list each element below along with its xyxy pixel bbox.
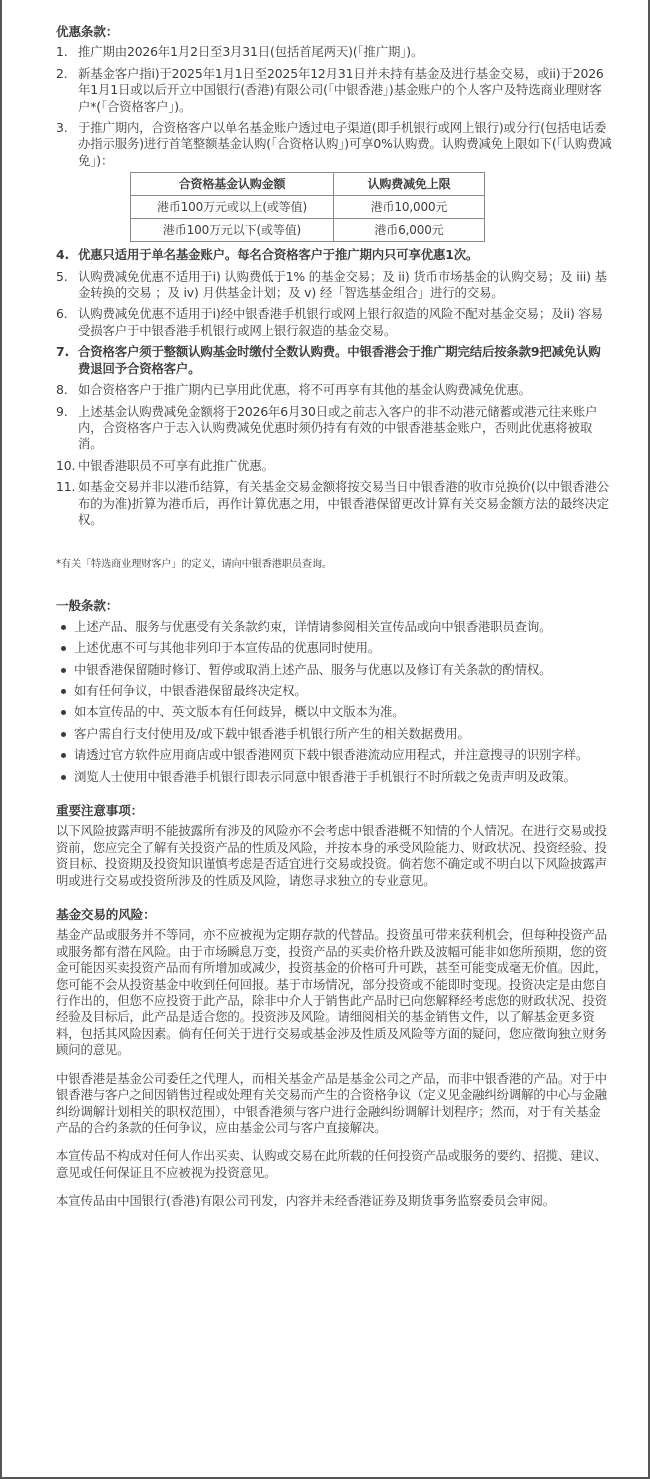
footnote: *有关「特选商业理财客户」的定义，请向中银香港职员查询。 <box>56 558 612 572</box>
list-item-text: 浏览人士使用中银香港手机银行即表示同意中银香港于手机银行不时所载之免责声明及政策… <box>74 769 576 784</box>
term-number: 7. <box>56 344 69 360</box>
list-item: 如有任何争议，中银香港保留最终决定权。 <box>56 683 612 699</box>
list-item: 上述产品、服务与优惠受有关条款约束，详情请参阅相关宣传品或向中银香港职员查询。 <box>56 619 612 635</box>
term-number: 9. <box>56 404 68 420</box>
offer-terms-list: 1.推广期由2026年1月2日至3月31日(包括首尾两天)(「推广期」)。 2.… <box>56 44 612 528</box>
term-item-5: 5.认购费减免优惠不适用于i) 认购费低于1% 的基金交易；及 ii) 货币市场… <box>56 269 612 302</box>
table-header-row: 合资格基金认购金额 认购费减免上限 <box>131 173 485 196</box>
fund-risks-section: 基金交易的风险： 基金产品或服务并不等同，亦不应被视为定期存款的代替品。投资虽可… <box>56 907 612 1210</box>
term-item-7: 7.合资格客户须于整额认购基金时缴付全数认购费。中银香港会于推广期完结后按条款9… <box>56 344 612 377</box>
issuer-paragraph: 本宣传品由中国银行(香港)有限公司刊发，内容并未经香港证券及期货事务监察委员会审… <box>56 1193 612 1209</box>
list-item-text: 客户需自行支付使用及/或下载中银香港手机银行所产生的相关数据费用。 <box>74 726 470 741</box>
table-row: 港币100万元以下(或等值) 港币6,000元 <box>131 219 485 242</box>
term-item-4: 4.优惠只适用于单名基金账户。每名合资格客户于推广期内只可享优惠1次。 <box>56 247 612 263</box>
term-number: 8. <box>56 382 68 398</box>
term-item-9: 9.上述基金认购费减免金额将于2026年6月30日或之前志入客户的非不动港元储蓄… <box>56 404 612 453</box>
term-number: 5. <box>56 269 68 285</box>
term-text: 于推广期内，合资格客户以单名基金账户透过电子渠道(即手机银行或网上银行)或分行(… <box>78 120 612 168</box>
term-text: 合资格客户须于整额认购基金时缴付全数认购费。中银香港会于推广期完结后按条款9把减… <box>78 344 601 375</box>
bullet-icon <box>61 668 66 673</box>
term-item-2: 2.新基金客户指i)于2025年1月1日至2025年12月31日并未持有基金及进… <box>56 66 612 115</box>
term-text: 认购费减免优惠不适用于i) 认购费低于1% 的基金交易；及 ii) 货币市场基金… <box>78 269 607 300</box>
not-offer-paragraph: 本宣传品不构成对任何人作出买卖、认购或交易在此所载的任何投资产品或服务的要约、招… <box>56 1148 612 1181</box>
term-item-8: 8.如合资格客户于推广期内已享用此优惠，将不可再享有其他的基金认购费减免优惠。 <box>56 382 612 398</box>
term-item-10: 10.中银香港职员不可享有此推广优惠。 <box>56 458 612 474</box>
list-item-text: 中银香港保留随时修订、暂停或取消上述产品、服务与优惠以及修订有关条款的酌情权。 <box>74 662 551 677</box>
general-terms-section: 一般条款： 上述产品、服务与优惠受有关条款约束，详情请参阅相关宣传品或向中银香港… <box>56 598 612 785</box>
term-text: 如合资格客户于推广期内已享用此优惠，将不可再享有其他的基金认购费减免优惠。 <box>78 382 531 397</box>
term-item-11: 11.如基金交易并非以港币结算，有关基金交易金额将按交易当日中银香港的收市兑换价… <box>56 479 612 528</box>
term-text: 认购费减免优惠不适用于i)经中银香港手机银行或网上银行叙造的风险不配对基金交易；… <box>78 306 603 337</box>
important-notes-text: 以下风险披露声明不能披露所有涉及的风险亦不会考虑中银香港概不知情的个人情况。在进… <box>56 823 612 889</box>
list-item-text: 上述优惠不可与其他非列印于本宣传品的优惠同时使用。 <box>74 640 380 655</box>
bullet-icon <box>61 753 66 758</box>
list-item: 请透过官方软件应用商店或中银香港网页下载中银香港流动应用程式，并注意搜寻的识别字… <box>56 747 612 763</box>
table-cell: 港币100万元或以上(或等值) <box>131 196 334 219</box>
list-item-text: 请透过官方软件应用商店或中银香港网页下载中银香港流动应用程式，并注意搜寻的识别字… <box>74 747 588 762</box>
term-number: 6. <box>56 306 68 322</box>
table-cell: 港币10,000元 <box>334 196 485 219</box>
offer-terms-title: 优惠条款： <box>56 24 612 40</box>
term-item-3: 3.于推广期内，合资格客户以单名基金账户透过电子渠道(即手机银行或网上银行)或分… <box>56 120 612 242</box>
document-frame: 优惠条款： 1.推广期由2026年1月2日至3月31日(包括首尾两天)(「推广期… <box>0 0 650 1479</box>
term-item-6: 6.认购费减免优惠不适用于i)经中银香港手机银行或网上银行叙造的风险不配对基金交… <box>56 306 612 339</box>
term-number: 2. <box>56 66 68 82</box>
fee-waiver-cap-table: 合资格基金认购金额 认购费减免上限 港币100万元或以上(或等值) 港币10,0… <box>130 172 485 242</box>
term-text: 上述基金认购费减免金额将于2026年6月30日或之前志入客户的非不动港元储蓄或港… <box>78 404 597 452</box>
list-item: 中银香港保留随时修订、暂停或取消上述产品、服务与优惠以及修订有关条款的酌情权。 <box>56 662 612 678</box>
bullet-icon <box>61 625 66 630</box>
important-notes-title: 重要注意事项： <box>56 803 612 819</box>
term-number: 4. <box>56 247 69 263</box>
list-item: 上述优惠不可与其他非列印于本宣传品的优惠同时使用。 <box>56 640 612 656</box>
bullet-icon <box>61 710 66 715</box>
table-row: 港币100万元或以上(或等值) 港币10,000元 <box>131 196 485 219</box>
bullet-icon <box>61 775 66 780</box>
bullet-icon <box>61 732 66 737</box>
term-text: 推广期由2026年1月2日至3月31日(包括首尾两天)(「推广期」)。 <box>78 44 423 59</box>
term-item-1: 1.推广期由2026年1月2日至3月31日(包括首尾两天)(「推广期」)。 <box>56 44 612 60</box>
term-text: 优惠只适用于单名基金账户。每名合资格客户于推广期内只可享优惠1次。 <box>78 247 478 262</box>
term-number: 3. <box>56 120 68 136</box>
bullet-icon <box>61 689 66 694</box>
term-number: 11. <box>56 479 75 495</box>
term-number: 1. <box>56 44 68 60</box>
table-cell: 港币100万元以下(或等值) <box>131 219 334 242</box>
list-item-text: 如本宣传品的中、英文版本有任何歧异，概以中文版本为准。 <box>74 704 405 719</box>
offer-terms-section: 优惠条款： 1.推广期由2026年1月2日至3月31日(包括首尾两天)(「推广期… <box>56 24 612 572</box>
table-header-cell: 认购费减免上限 <box>334 173 485 196</box>
agent-disclaimer-paragraph: 中银香港是基金公司委任之代理人，而相关基金产品是基金公司之产品，而非中银香港的产… <box>56 1071 612 1137</box>
fund-risks-paragraph: 基金产品或服务并不等同，亦不应被视为定期存款的代替品。投资虽可带来获利机会，但每… <box>56 927 612 1058</box>
important-notes-section: 重要注意事项： 以下风险披露声明不能披露所有涉及的风险亦不会考虑中银香港概不知情… <box>56 803 612 889</box>
general-terms-title: 一般条款： <box>56 598 612 614</box>
table-cell: 港币6,000元 <box>334 219 485 242</box>
term-text: 新基金客户指i)于2025年1月1日至2025年12月31日并未持有基金及进行基… <box>78 66 604 114</box>
list-item: 客户需自行支付使用及/或下载中银香港手机银行所产生的相关数据费用。 <box>56 726 612 742</box>
bullet-icon <box>61 646 66 651</box>
fund-risks-title: 基金交易的风险： <box>56 907 612 923</box>
list-item-text: 如有任何争议，中银香港保留最终决定权。 <box>74 683 307 698</box>
general-terms-list: 上述产品、服务与优惠受有关条款约束，详情请参阅相关宣传品或向中银香港职员查询。 … <box>56 619 612 785</box>
document-content: 优惠条款： 1.推广期由2026年1月2日至3月31日(包括首尾两天)(「推广期… <box>56 24 612 1222</box>
list-item: 浏览人士使用中银香港手机银行即表示同意中银香港于手机银行不时所载之免责声明及政策… <box>56 769 612 785</box>
list-item: 如本宣传品的中、英文版本有任何歧异，概以中文版本为准。 <box>56 704 612 720</box>
term-number: 10. <box>56 458 75 474</box>
list-item-text: 上述产品、服务与优惠受有关条款约束，详情请参阅相关宣传品或向中银香港职员查询。 <box>74 619 551 634</box>
term-text: 中银香港职员不可享有此推广优惠。 <box>78 458 274 473</box>
table-header-cell: 合资格基金认购金额 <box>131 173 334 196</box>
term-text: 如基金交易并非以港币结算，有关基金交易金额将按交易当日中银香港的收市兑换价(以中… <box>78 479 609 527</box>
